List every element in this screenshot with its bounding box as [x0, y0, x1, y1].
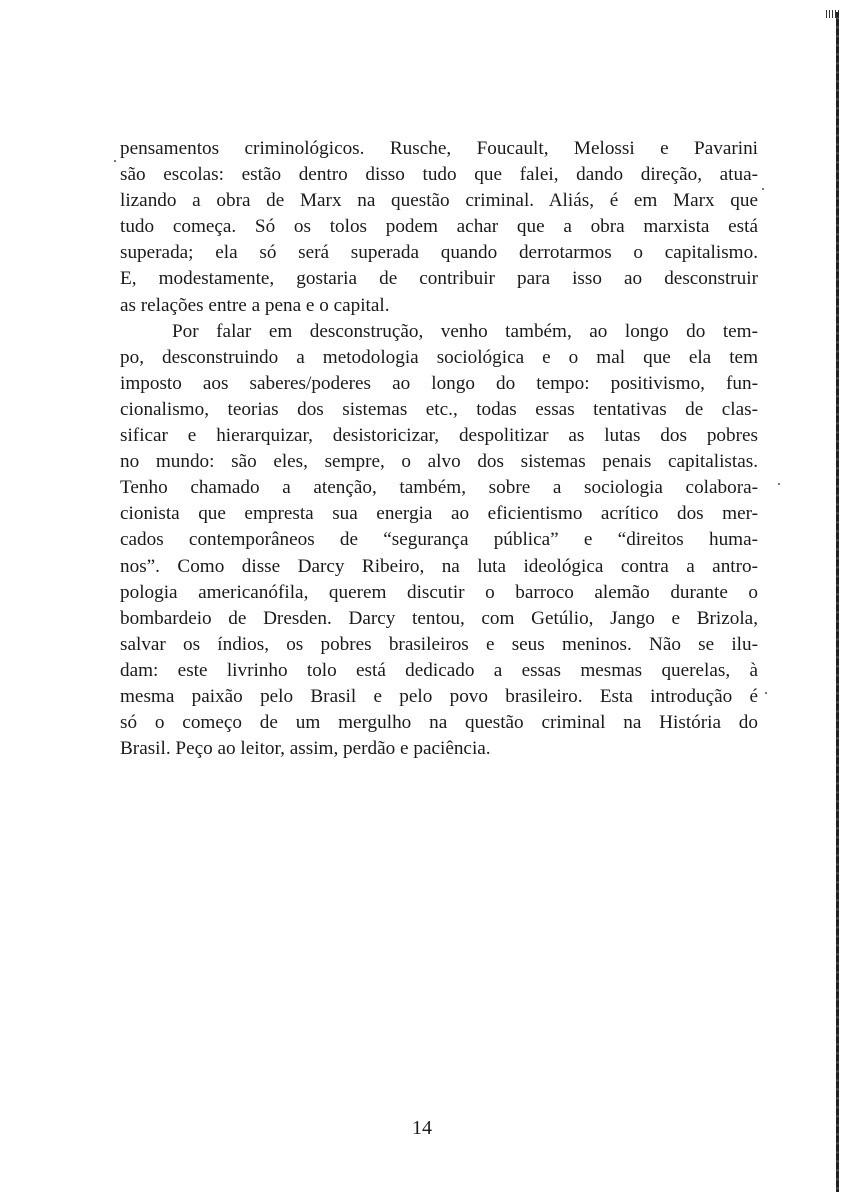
text-line: imposto aos saberes/poderes ao longo do … [120, 371, 758, 397]
scan-speck [762, 188, 764, 190]
body-text: pensamentos criminológicos. Rusche, Fouc… [120, 136, 758, 762]
text-line: só o começo de um mergulho na questão cr… [120, 710, 758, 736]
text-line: Por falar em desconstrução, venho também… [120, 319, 758, 345]
scanned-book-page: pensamentos criminológicos. Rusche, Fouc… [0, 0, 844, 1198]
text-line: no mundo: são eles, sempre, o alvo dos s… [120, 449, 758, 475]
text-line: cionista que empresta sua energia ao efi… [120, 501, 758, 527]
text-line: po, desconstruindo a metodologia socioló… [120, 345, 758, 371]
paragraph-1: pensamentos criminológicos. Rusche, Fouc… [120, 136, 758, 319]
text-line: lizando a obra de Marx na questão crimin… [120, 188, 758, 214]
text-line: superada; ela só será superada quando de… [120, 240, 758, 266]
paragraph-2: Por falar em desconstrução, venho também… [120, 319, 758, 763]
text-line: as relações entre a pena e o capital. [120, 293, 758, 319]
text-line: mesma paixão pelo Brasil e pelo povo bra… [120, 684, 758, 710]
text-line: pensamentos criminológicos. Rusche, Fouc… [120, 136, 758, 162]
scan-edge-line [836, 12, 839, 1192]
text-line: bombardeio de Dresden. Darcy tentou, com… [120, 606, 758, 632]
text-line: sificar e hierarquizar, desistoricizar, … [120, 423, 758, 449]
text-line: salvar os índios, os pobres brasileiros … [120, 632, 758, 658]
scan-speck [778, 483, 780, 485]
text-line: cados contemporâneos de “segurança públi… [120, 527, 758, 553]
scan-speck [765, 692, 767, 694]
text-line: Tenho chamado a atenção, também, sobre a… [120, 475, 758, 501]
text-line: pologia americanófila, querem discutir o… [120, 580, 758, 606]
scan-speck [114, 160, 116, 162]
text-line: E, modestamente, gostaria de contribuir … [120, 266, 758, 292]
text-line: tudo começa. Só os tolos podem achar que… [120, 214, 758, 240]
page-number: 14 [0, 1117, 844, 1140]
text-line: dam: este livrinho tolo está dedicado a … [120, 658, 758, 684]
text-line: são escolas: estão dentro disso tudo que… [120, 162, 758, 188]
text-line: cionalismo, teorias dos sistemas etc., t… [120, 397, 758, 423]
text-line: nos”. Como disse Darcy Ribeiro, na luta … [120, 554, 758, 580]
text-line: Brasil. Peço ao leitor, assim, perdão e … [120, 736, 758, 762]
